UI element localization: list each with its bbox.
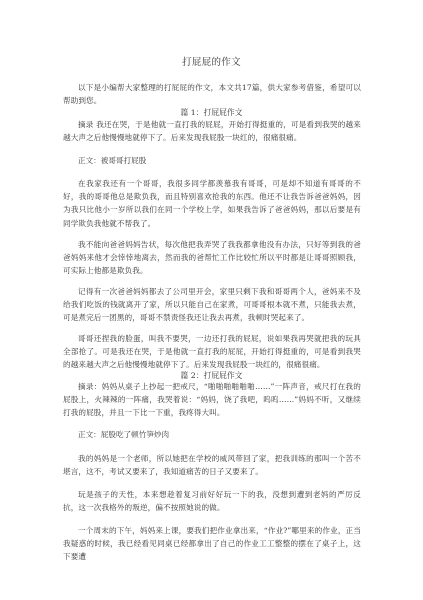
intro-paragraph: 以下是小编帮大家整理的打屁屁的作文，本文共17篇，供大家参考借鉴，希望可以帮助到…	[63, 81, 361, 107]
document-page: 打屁屁的作文 以下是小编帮大家整理的打屁屁的作文，本文共17篇，供大家参考借鉴，…	[0, 0, 423, 600]
section-subtitle-2: 正文：屁股吃了顿竹笋炒肉	[78, 429, 169, 441]
section-summary-2: 摘录：妈妈从桌子上抄起一把戒尺，“啪啪啪啪啪啪……”一阵声音，戒尺打在我的屁股上…	[63, 380, 361, 420]
paragraph: 记得有一次爸爸妈妈都去了公司里开会，家里只剩下我和哥哥两个人，爸妈来不及给我们吃…	[63, 285, 361, 325]
section-subtitle-1: 正文：被哥哥打屁股	[78, 155, 146, 167]
paragraph: 玩是孩子的天性，本来想趁着复习前好好玩一下的我，没想到遭到老妈的严厉反抗，这一次…	[63, 488, 361, 514]
paragraph: 我不能向爸爸妈妈告状，每次他把我弄哭了我我都拿他没有办法，只好等到我的爸爸妈妈来…	[63, 238, 361, 278]
section-summary-1: 摘录 我还在哭，于是他就一直打我的屁屁，开始打得挺重的，可是看到我哭的越来越大声…	[63, 118, 361, 144]
document-title: 打屁屁的作文	[0, 54, 423, 68]
paragraph: 在我家我还有一个哥哥，我很多同学都羡慕我有哥哥，可是却不知道有哥哥的不好，我的哥…	[63, 177, 361, 230]
paragraph: 哥哥还捏我的脸蛋，叫我不要哭，一边还打我的屁屁，说如果我再哭就把我的玩具全部抢了…	[63, 332, 361, 372]
paragraph: 我的妈妈是一个老师，所以她把在学校的威风带回了家，把我训练的那叫一个苦不堪言，这…	[63, 452, 361, 478]
paragraph: 一个周末的下午，妈妈来上课，要我们把作业拿出来，“作业?”哪里来的作业，正当我疑…	[63, 524, 361, 564]
